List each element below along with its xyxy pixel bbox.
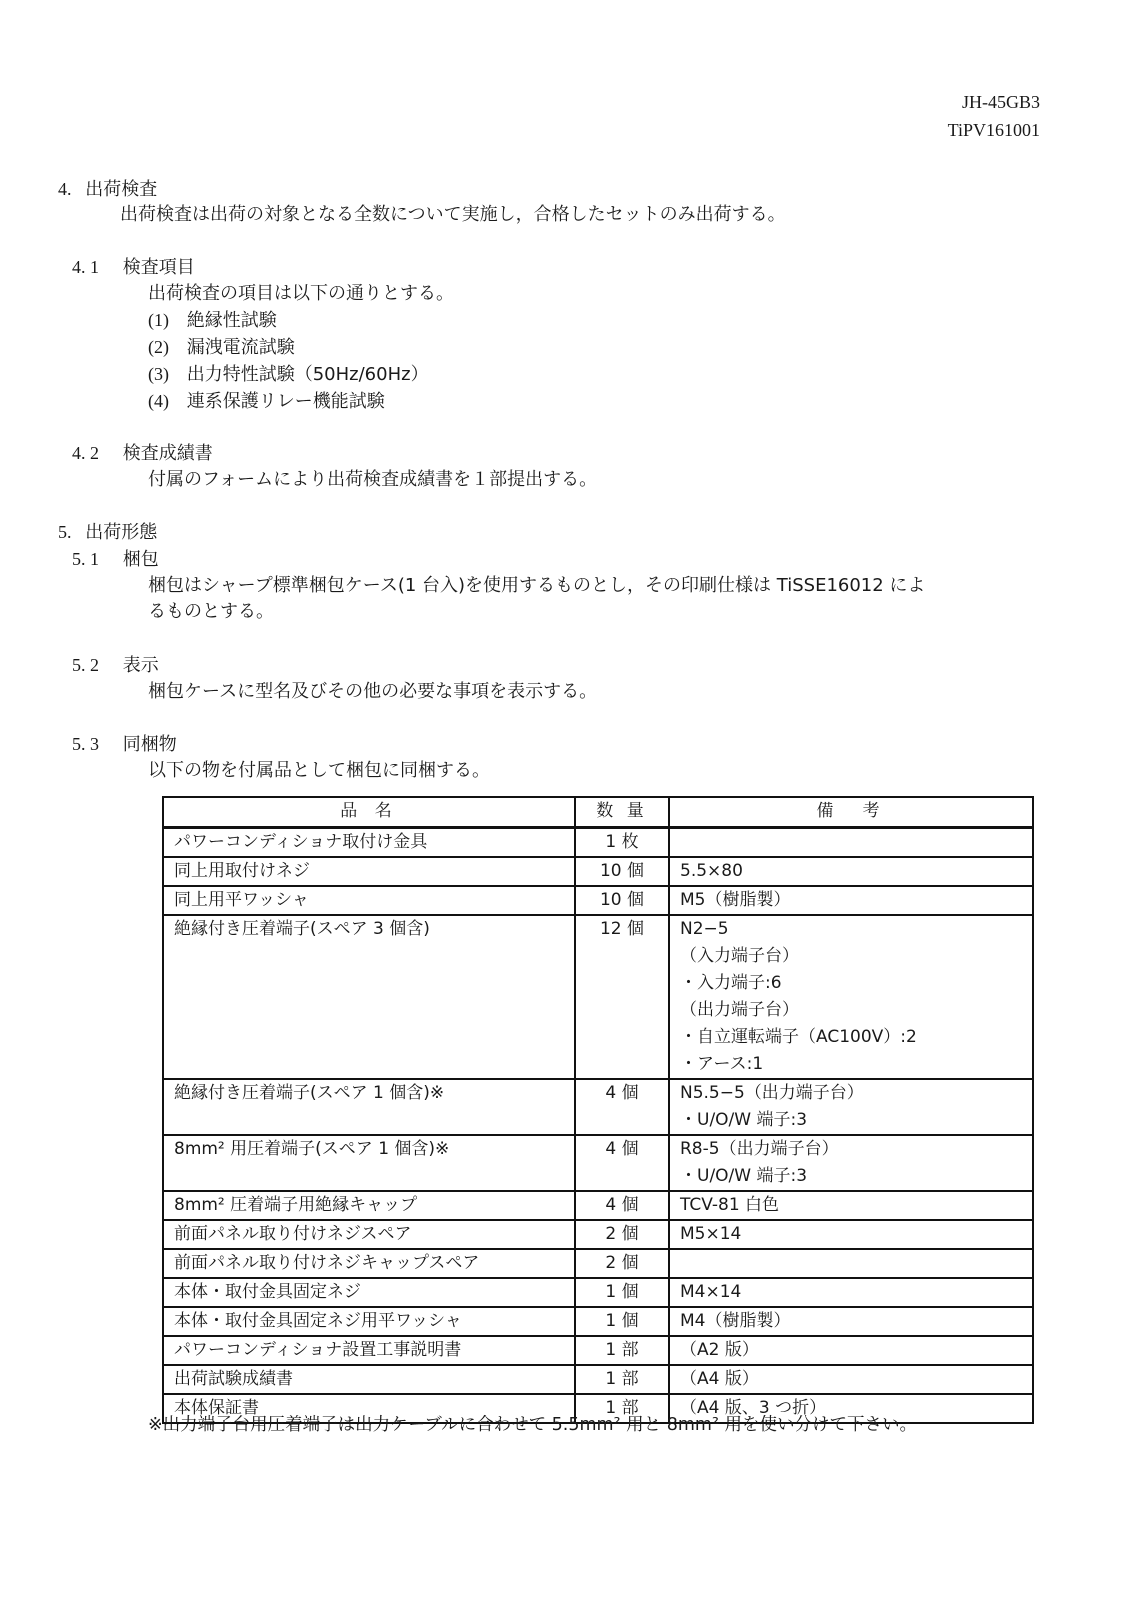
section-5-1-body-line1: 梱包はシャープ標準梱包ケース(1 台入)を使用するものとし，その印刷仕様は Ti…: [148, 573, 925, 599]
item-text: 連系保護リレー機能試験: [187, 391, 385, 412]
quantity-cell: 2 個: [575, 1249, 669, 1278]
remark-line: ・アース:1: [680, 1051, 1022, 1078]
table-header-row: 品 名 数 量 備 考: [163, 797, 1033, 828]
table-row: 前面パネル取り付けネジスペア2 個M5×14: [163, 1220, 1033, 1249]
quantity-cell: 10 個: [575, 857, 669, 886]
remark-line: ・U/O/W 端子:3: [680, 1163, 1022, 1190]
section-title: 出荷検査: [85, 179, 157, 200]
section-number: 4. 1: [72, 257, 99, 277]
document-number: TiPV161001: [948, 120, 1040, 141]
remark-line: M5（樹脂製）: [680, 887, 1022, 914]
quantity-cell: 1 枚: [575, 828, 669, 858]
quantity-cell: 10 個: [575, 886, 669, 915]
item-name-cell: 本体・取付金具固定ネジ用平ワッシャ: [163, 1307, 575, 1336]
table-row: 同上用取付けネジ10 個5.5×80: [163, 857, 1033, 886]
section-number: 5. 2: [72, 655, 99, 675]
remark-line: M4×14: [680, 1279, 1022, 1306]
item-text: 絶縁性試験: [187, 310, 277, 331]
item-number: (1): [148, 310, 169, 330]
remark-line: （A2 版）: [680, 1337, 1022, 1364]
remarks-cell: 5.5×80: [669, 857, 1033, 886]
remarks-cell: M4（樹脂製）: [669, 1307, 1033, 1336]
table-row: パワーコンディショナ取付け金具1 枚: [163, 828, 1033, 858]
quantity-cell: 2 個: [575, 1220, 669, 1249]
section-5-1-heading: 5. 1 梱包: [72, 546, 159, 573]
column-header-item-name: 品 名: [163, 797, 575, 828]
remark-line: [680, 829, 1022, 856]
quantity-cell: 1 個: [575, 1307, 669, 1336]
remark-line: （A4 版）: [680, 1366, 1022, 1393]
quantity-cell: 1 個: [575, 1278, 669, 1307]
item-name-cell: 前面パネル取り付けネジスペア: [163, 1220, 575, 1249]
section-title: 表示: [123, 655, 159, 676]
item-name-cell: 8mm² 圧着端子用絶縁キャップ: [163, 1191, 575, 1220]
item-name-cell: 前面パネル取り付けネジキャップスペア: [163, 1249, 575, 1278]
section-4-1-heading: 4. 1 検査項目: [72, 254, 195, 281]
section-5-1-body-line2: るものとする。: [148, 599, 274, 625]
remark-line: 5.5×80: [680, 858, 1022, 885]
section-number: 5.: [58, 522, 72, 542]
column-header-remarks: 備 考: [669, 797, 1033, 828]
table-row: 本体・取付金具固定ネジ1 個M4×14: [163, 1278, 1033, 1307]
item-name-cell: 同上用平ワッシャ: [163, 886, 575, 915]
item-number: (2): [148, 337, 169, 357]
remarks-cell: N5.5−5（出力端子台）・U/O/W 端子:3: [669, 1079, 1033, 1135]
item-name-cell: パワーコンディショナ設置工事説明書: [163, 1336, 575, 1365]
remarks-cell: M5（樹脂製）: [669, 886, 1033, 915]
section-4-2-body: 付属のフォームにより出荷検査成績書を１部提出する。: [148, 467, 597, 493]
quantity-cell: 4 個: [575, 1191, 669, 1220]
remark-line: ・自立運転端子（AC100V）:2: [680, 1024, 1022, 1051]
table-row: パワーコンディショナ設置工事説明書1 部（A2 版）: [163, 1336, 1033, 1365]
remark-line: N5.5−5（出力端子台）: [680, 1080, 1022, 1107]
column-header-quantity: 数 量: [575, 797, 669, 828]
inspection-item: (2) 漏洩電流試験: [148, 334, 295, 361]
remark-line: （出力端子台）: [680, 997, 1022, 1024]
section-5-heading: 5. 出荷形態: [58, 519, 157, 546]
section-title: 梱包: [123, 549, 159, 570]
section-4-1-intro: 出荷検査の項目は以下の通りとする。: [148, 281, 454, 307]
table-row: 絶縁付き圧着端子(スペア 3 個含)12 個N2−5（入力端子台）・入力端子:6…: [163, 915, 1033, 1079]
section-5-3-intro: 以下の物を付属品として梱包に同梱する。: [148, 758, 490, 784]
item-text: 出力特性試験（50Hz/60Hz）: [187, 364, 429, 385]
table-footnote: ※出力端子台用圧着端子は出力ケーブルに合わせて 5.5mm² 用と 8mm² 用…: [148, 1412, 917, 1438]
remarks-cell: （A2 版）: [669, 1336, 1033, 1365]
item-name-cell: 8mm² 用圧着端子(スペア 1 個含)※: [163, 1135, 575, 1191]
remark-line: [680, 1250, 1022, 1277]
item-name-cell: 同上用取付けネジ: [163, 857, 575, 886]
item-name-cell: 絶縁付き圧着端子(スペア 1 個含)※: [163, 1079, 575, 1135]
accessories-table: 品 名 数 量 備 考 パワーコンディショナ取付け金具1 枚 同上用取付けネジ1…: [162, 796, 1034, 1424]
quantity-cell: 1 部: [575, 1336, 669, 1365]
quantity-cell: 4 個: [575, 1079, 669, 1135]
remark-line: N2−5: [680, 916, 1022, 943]
table-row: 8mm² 用圧着端子(スペア 1 個含)※4 個R8-5（出力端子台）・U/O/…: [163, 1135, 1033, 1191]
remarks-cell: M5×14: [669, 1220, 1033, 1249]
section-number: 4. 2: [72, 443, 99, 463]
remark-line: ・入力端子:6: [680, 970, 1022, 997]
remarks-cell: [669, 828, 1033, 858]
item-name-cell: 絶縁付き圧着端子(スペア 3 個含): [163, 915, 575, 1079]
table-row: 絶縁付き圧着端子(スペア 1 個含)※4 個N5.5−5（出力端子台）・U/O/…: [163, 1079, 1033, 1135]
section-title: 出荷形態: [85, 522, 157, 543]
remarks-cell: TCV-81 白色: [669, 1191, 1033, 1220]
section-4-body: 出荷検査は出荷の対象となる全数について実施し，合格したセットのみ出荷する。: [120, 202, 786, 228]
remarks-cell: M4×14: [669, 1278, 1033, 1307]
remarks-cell: N2−5（入力端子台）・入力端子:6（出力端子台）・自立運転端子（AC100V）…: [669, 915, 1033, 1079]
table-row: 8mm² 圧着端子用絶縁キャップ4 個TCV-81 白色: [163, 1191, 1033, 1220]
model-number: JH-45GB3: [962, 92, 1040, 113]
section-5-2-body: 梱包ケースに型名及びその他の必要な事項を表示する。: [148, 679, 597, 705]
section-5-2-heading: 5. 2 表示: [72, 652, 159, 679]
remark-line: R8-5（出力端子台）: [680, 1136, 1022, 1163]
item-number: (4): [148, 391, 169, 411]
table-row: 前面パネル取り付けネジキャップスペア2 個: [163, 1249, 1033, 1278]
inspection-item: (3) 出力特性試験（50Hz/60Hz）: [148, 361, 429, 388]
table-row: 出荷試験成績書1 部（A4 版）: [163, 1365, 1033, 1394]
remark-line: （入力端子台）: [680, 943, 1022, 970]
remarks-cell: （A4 版）: [669, 1365, 1033, 1394]
item-text: 漏洩電流試験: [187, 337, 295, 358]
section-4-2-heading: 4. 2 検査成績書: [72, 440, 213, 467]
section-title: 検査項目: [123, 257, 195, 278]
section-5-3-heading: 5. 3 同梱物: [72, 731, 177, 758]
section-title: 同梱物: [123, 734, 177, 755]
section-number: 5. 1: [72, 549, 99, 569]
table-row: 本体・取付金具固定ネジ用平ワッシャ1 個M4（樹脂製）: [163, 1307, 1033, 1336]
section-title: 検査成績書: [123, 443, 213, 464]
item-name-cell: 出荷試験成績書: [163, 1365, 575, 1394]
remark-line: M5×14: [680, 1221, 1022, 1248]
section-number: 4.: [58, 179, 72, 199]
section-4-heading: 4. 出荷検査: [58, 176, 157, 203]
quantity-cell: 12 個: [575, 915, 669, 1079]
item-name-cell: パワーコンディショナ取付け金具: [163, 828, 575, 858]
remark-line: TCV-81 白色: [680, 1192, 1022, 1219]
remark-line: ・U/O/W 端子:3: [680, 1107, 1022, 1134]
quantity-cell: 4 個: [575, 1135, 669, 1191]
inspection-item: (4) 連系保護リレー機能試験: [148, 388, 385, 415]
quantity-cell: 1 部: [575, 1365, 669, 1394]
section-number: 5. 3: [72, 734, 99, 754]
table-row: 同上用平ワッシャ10 個M5（樹脂製）: [163, 886, 1033, 915]
item-name-cell: 本体・取付金具固定ネジ: [163, 1278, 575, 1307]
inspection-item: (1) 絶縁性試験: [148, 307, 277, 334]
remarks-cell: [669, 1249, 1033, 1278]
remark-line: M4（樹脂製）: [680, 1308, 1022, 1335]
item-number: (3): [148, 364, 169, 384]
remarks-cell: R8-5（出力端子台）・U/O/W 端子:3: [669, 1135, 1033, 1191]
